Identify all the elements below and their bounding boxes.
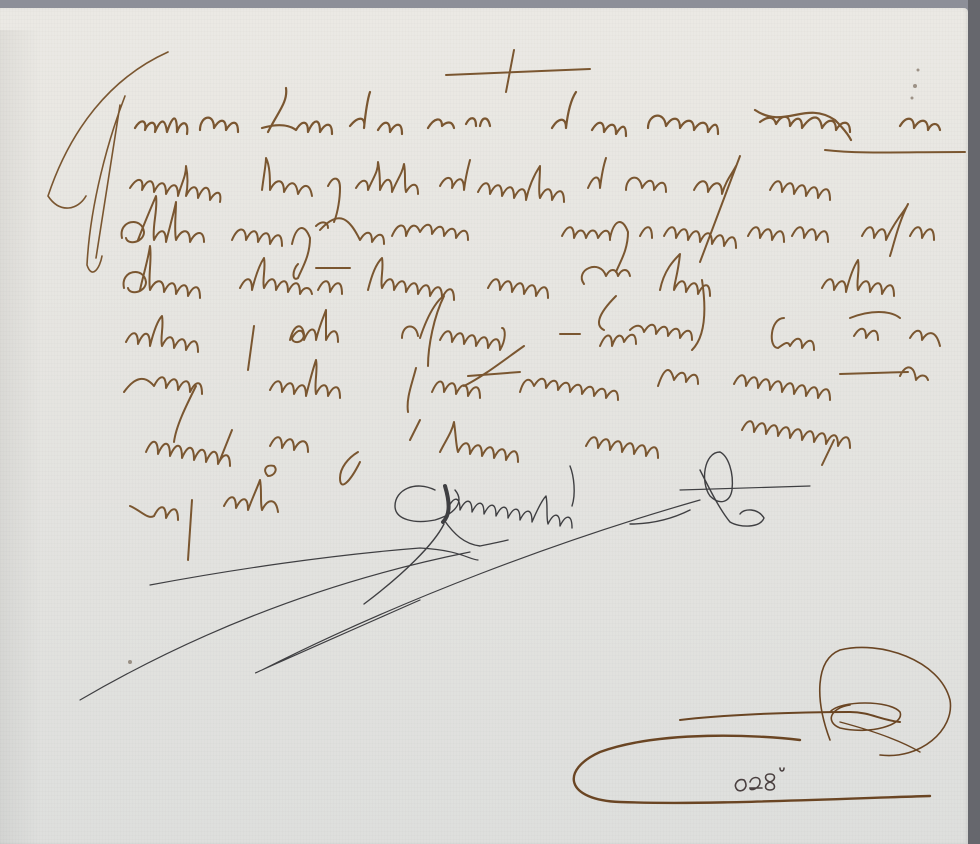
initial-flourish xyxy=(48,52,168,272)
text-line-5 xyxy=(126,296,940,386)
text-line-1 xyxy=(135,88,940,140)
header-cross-mark xyxy=(446,50,590,92)
signature-hernando xyxy=(80,452,810,700)
handwriting-layer xyxy=(0,0,980,844)
text-line-3 xyxy=(122,196,934,279)
text-line-8 xyxy=(130,466,278,560)
rubric-bottom-right xyxy=(574,647,951,802)
text-line-2 xyxy=(130,150,965,262)
margin-marks xyxy=(128,69,920,665)
text-line-6 xyxy=(124,360,928,442)
text-line-7 xyxy=(146,420,850,485)
folio-note xyxy=(735,768,784,791)
text-line-4 xyxy=(124,246,894,350)
